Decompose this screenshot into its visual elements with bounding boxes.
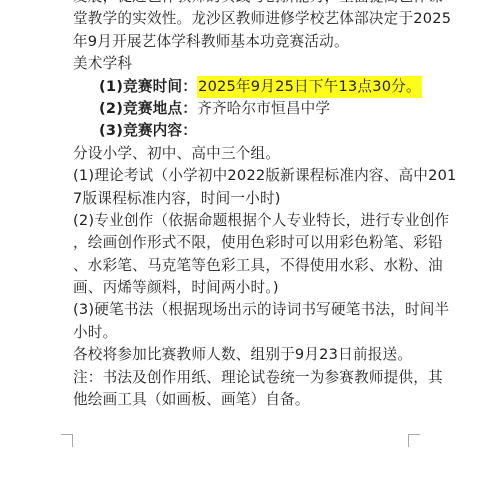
page-corner-mark-right bbox=[408, 434, 420, 447]
paragraph-line: (3)硬笔书法（根据现场出示的诗词书写硬笔书法，时间半 bbox=[73, 299, 413, 321]
competition-content-item: (3)竞赛内容： bbox=[73, 120, 413, 142]
paragraph-line: 发展，促进艺体教师的实践与创新能力，全面提高艺体课 bbox=[73, 0, 413, 8]
competition-place-value: 齐齐哈尔市恒昌中学 bbox=[197, 100, 330, 117]
competition-content-label: (3)竞赛内容： bbox=[99, 122, 197, 139]
paragraph-line: 画、丙烯等颜料，时间两小时。) bbox=[73, 277, 413, 299]
paragraph-line: (2)专业创作（依据命题根据个人专业特长，进行专业创作 bbox=[73, 210, 413, 232]
paragraph-line: (1)理论考试（小学初中2022版新课程标准内容、高中201 bbox=[73, 165, 413, 187]
paragraph-line: 他绘画工具（如画板、画笔）自备。 bbox=[73, 389, 413, 411]
competition-place-label: (2)竞赛地点： bbox=[99, 100, 197, 117]
paragraph-line: 分设小学、初中、高中三个组。 bbox=[73, 143, 413, 165]
paragraph-line: 各校将参加比赛教师人数、组别于9月23日前报送。 bbox=[73, 344, 413, 366]
paragraph-line: 、水彩笔、马克笔等色彩工具，不得使用水彩、水粉、油 bbox=[73, 255, 413, 277]
competition-time-item: (1)竞赛时间：2025年9月25日下午13点30分。 bbox=[73, 76, 413, 98]
document-page: 发展，促进艺体教师的实践与创新能力，全面提高艺体课 堂教学的实效性。龙沙区教师进… bbox=[0, 0, 480, 480]
competition-time-label: (1)竞赛时间： bbox=[99, 78, 197, 95]
paragraph-line: ，绘画创作形式不限，使用色彩时可以用彩色粉笔、彩铅 bbox=[73, 232, 413, 254]
paragraph-line: 注：书法及创作用纸、理论试卷统一为参赛教师提供，其 bbox=[73, 367, 413, 389]
paragraph-line: 年9月开展艺体学科教师基本功竞赛活动。 bbox=[73, 31, 413, 53]
competition-place-item: (2)竞赛地点：齐齐哈尔市恒昌中学 bbox=[73, 98, 413, 120]
page-corner-mark-left bbox=[61, 434, 73, 447]
document-body: 发展，促进艺体教师的实践与创新能力，全面提高艺体课 堂教学的实效性。龙沙区教师进… bbox=[73, 0, 413, 411]
competition-time-value: 2025年9月25日下午13点30分。 bbox=[197, 76, 422, 98]
paragraph-line: 小时。 bbox=[73, 322, 413, 344]
paragraph-line: 堂教学的实效性。龙沙区教师进修学校艺体部决定于2025 bbox=[73, 8, 413, 30]
section-heading-art: 美术学科 bbox=[73, 53, 413, 75]
paragraph-line: 7版课程标准内容，时间一小时) bbox=[73, 188, 413, 210]
